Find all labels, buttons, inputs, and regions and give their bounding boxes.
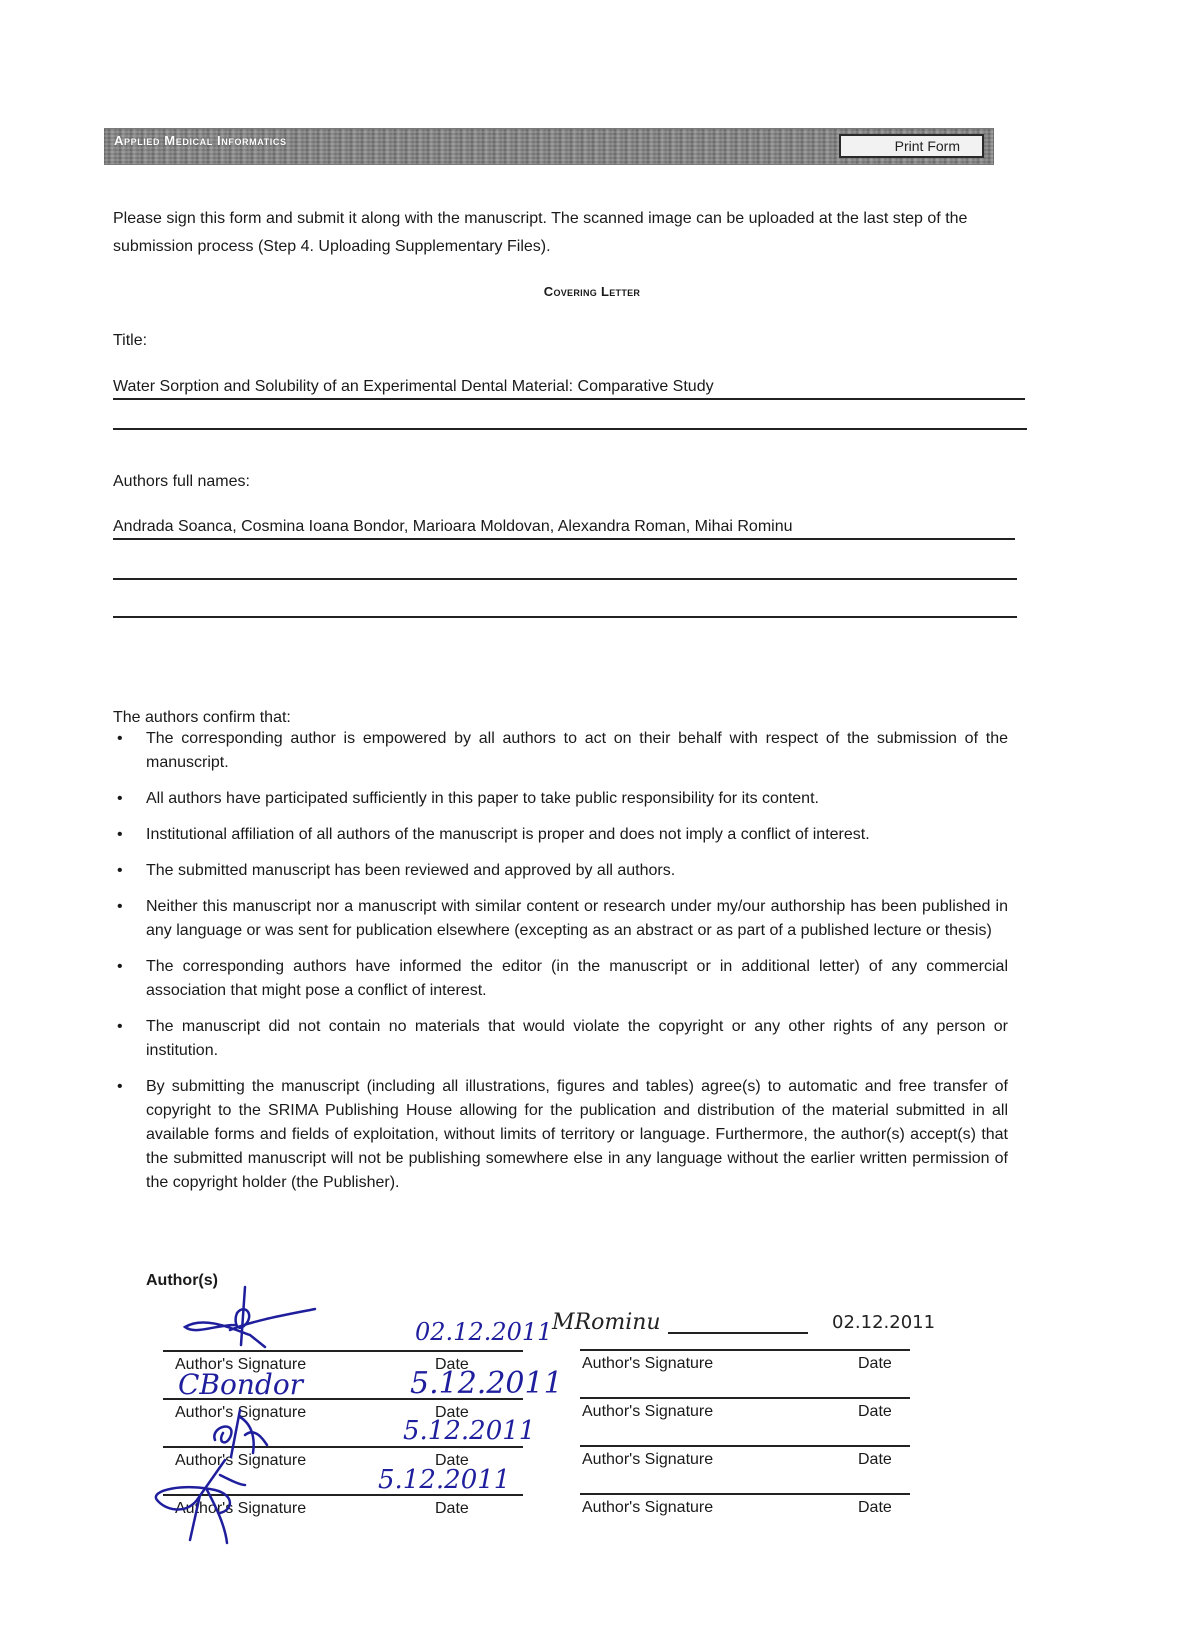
bullet-icon: • (117, 895, 123, 919)
signature-row[interactable]: Author's Signature Date (580, 1445, 910, 1493)
signature-label: Author's Signature (582, 1499, 713, 1517)
title-field-line-2[interactable] (113, 428, 1027, 430)
handwritten-date: 02.12.2011 (415, 1318, 552, 1346)
signature-underline (668, 1332, 808, 1334)
confirmation-list: •The corresponding author is empowered b… (113, 727, 1008, 1207)
bullet-icon: • (117, 955, 123, 979)
confirmation-item: •By submitting the manuscript (including… (113, 1075, 1008, 1195)
handwritten-signature: MRominu (552, 1310, 661, 1335)
date-label: Date (858, 1355, 892, 1373)
authors-field-line-2[interactable] (113, 578, 1017, 580)
covering-letter-form: Applied Medical Informatics Print Form P… (0, 0, 1184, 1644)
date-label: Date (435, 1500, 469, 1518)
date-label: Date (858, 1451, 892, 1469)
handwritten-date: 02.12.2011 (832, 1312, 935, 1333)
title-value: Water Sorption and Solubility of an Expe… (113, 378, 714, 395)
signature-row[interactable]: Author's Signature Date (580, 1397, 910, 1445)
confirmation-heading: The authors confirm that: (113, 709, 291, 727)
handwritten-signature-scribble (145, 1455, 285, 1545)
confirmation-item: •Neither this manuscript nor a manuscrip… (113, 895, 1008, 943)
form-heading: Covering Letter (0, 284, 1184, 299)
authors-field[interactable]: Andrada Soanca, Cosmina Ioana Bondor, Ma… (113, 518, 1015, 540)
date-label: Date (858, 1403, 892, 1421)
bullet-icon: • (117, 1075, 123, 1099)
bullet-icon: • (117, 1015, 123, 1039)
signature-line (580, 1397, 910, 1399)
print-form-button[interactable]: Print Form (839, 134, 984, 158)
journal-name: Applied Medical Informatics (114, 133, 287, 148)
handwritten-date: 5.12.2011 (410, 1366, 563, 1401)
confirmation-item: •The manuscript did not contain no mater… (113, 1015, 1008, 1063)
confirmation-item: •The corresponding authors have informed… (113, 955, 1008, 1003)
instructions-text: Please sign this form and submit it alon… (113, 205, 1013, 261)
title-label: Title: (113, 332, 147, 350)
authors-value: Andrada Soanca, Cosmina Ioana Bondor, Ma… (113, 518, 793, 535)
handwritten-signature-scribble (175, 1285, 325, 1350)
handwritten-date: 5.12.2011 (403, 1416, 535, 1446)
signature-line (580, 1349, 910, 1351)
bullet-icon: • (117, 727, 123, 751)
bullet-icon: • (117, 859, 123, 883)
authors-field-line-3[interactable] (113, 616, 1017, 618)
signature-row[interactable]: Author's Signature Date (580, 1349, 910, 1397)
title-field[interactable]: Water Sorption and Solubility of an Expe… (113, 378, 1025, 400)
signature-row[interactable]: Author's Signature Date (580, 1493, 910, 1541)
confirmation-item: •Institutional affiliation of all author… (113, 823, 1008, 847)
signature-column-right: Author's Signature Date Author's Signatu… (580, 1349, 910, 1541)
handwritten-signature: CBondor (178, 1368, 303, 1401)
confirmation-item: •The corresponding author is empowered b… (113, 727, 1008, 775)
handwritten-date: 5.12.2011 (378, 1465, 510, 1495)
signature-line (163, 1350, 523, 1352)
signature-label: Author's Signature (582, 1451, 713, 1469)
signature-line (580, 1445, 910, 1447)
date-label: Date (858, 1499, 892, 1517)
signature-label: Author's Signature (582, 1355, 713, 1373)
authors-label: Authors full names: (113, 473, 250, 491)
signature-line (580, 1493, 910, 1495)
bullet-icon: • (117, 787, 123, 811)
journal-header-band: Applied Medical Informatics Print Form (104, 128, 994, 165)
signature-label: Author's Signature (582, 1403, 713, 1421)
confirmation-item: •All authors have participated sufficien… (113, 787, 1008, 811)
confirmation-item: •The submitted manuscript has been revie… (113, 859, 1008, 883)
bullet-icon: • (117, 823, 123, 847)
handwritten-signature-scribble (205, 1405, 295, 1460)
